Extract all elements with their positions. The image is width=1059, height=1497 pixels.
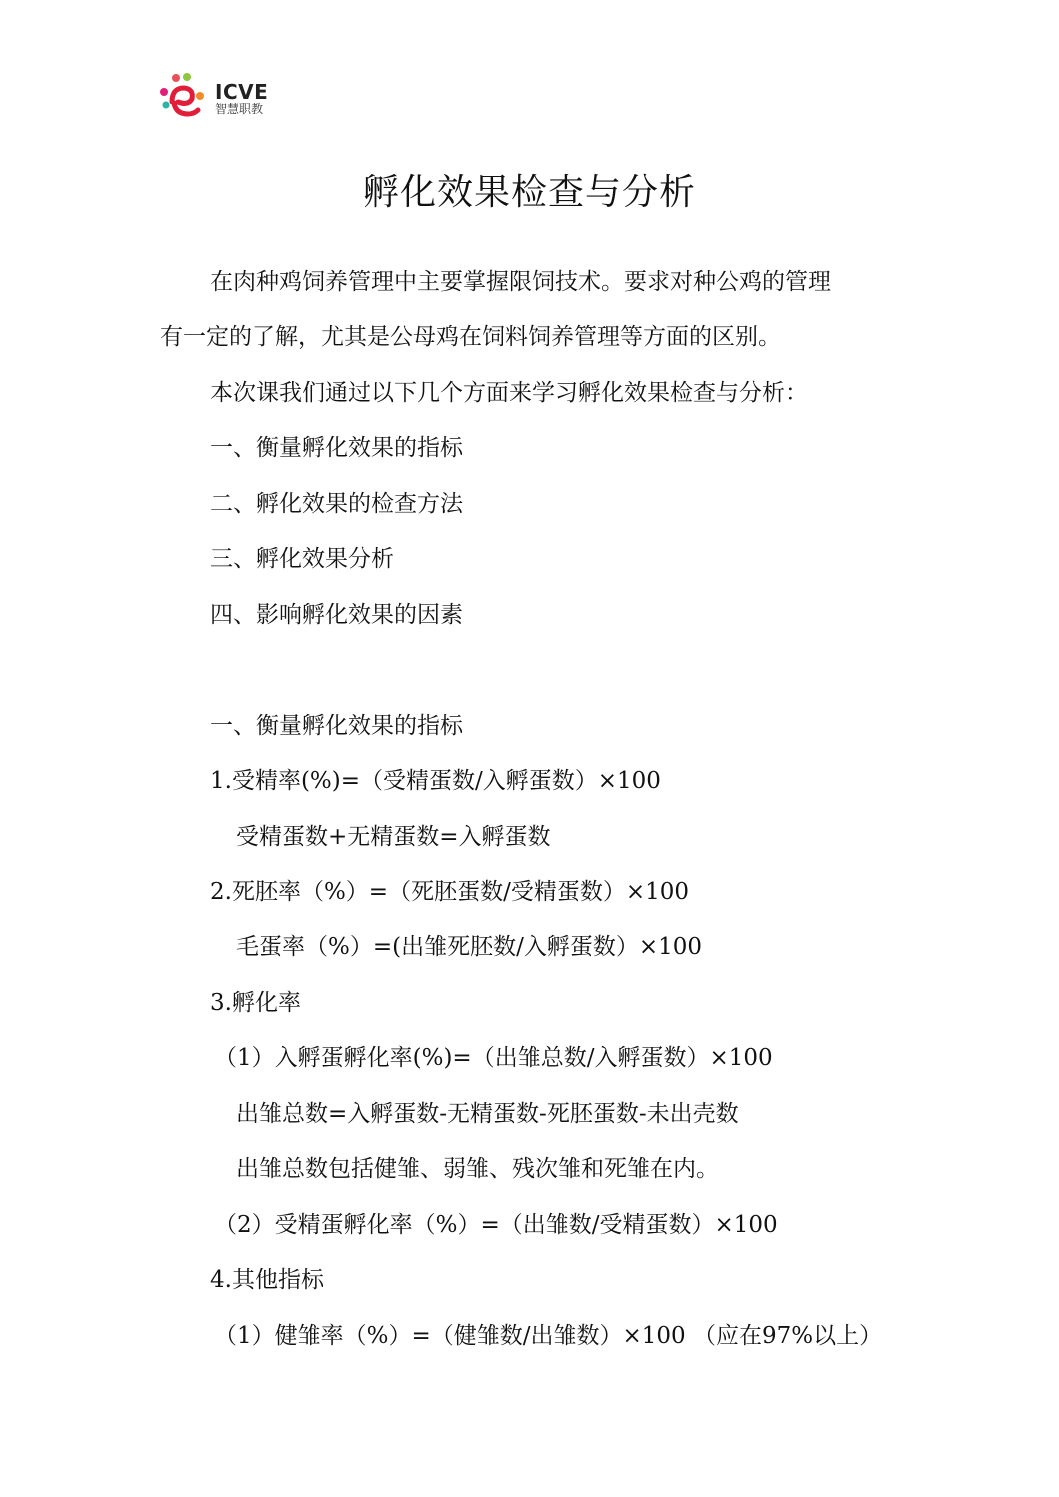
formula-line: （1）入孵蛋孵化率(%)=（出雏总数/入孵蛋数）×100 [214, 1043, 773, 1073]
outline-item: 一、衡量孵化效果的指标 [210, 433, 463, 463]
page-title: 孵化效果检查与分析 [0, 170, 1059, 216]
logo-brand: ICVE [215, 82, 268, 102]
formula-line: 出雏总数包括健雏、弱雏、残次雏和死雏在内。 [236, 1154, 719, 1184]
formula-line: 3.孵化率 [210, 988, 301, 1018]
formula-line: 1.受精率(%)=（受精蛋数/入孵蛋数）×100 [210, 766, 661, 796]
formula-line: 受精蛋数+无精蛋数=入孵蛋数 [236, 822, 551, 852]
outline-item: 二、孵化效果的检查方法 [210, 489, 463, 519]
intro-line: 有一定的了解，尤其是公母鸡在饲料饲养管理等方面的区别。 [160, 322, 781, 352]
formula-line: （2）受精蛋孵化率（%）=（出雏数/受精蛋数）×100 [214, 1210, 778, 1240]
logo-subtitle: 智慧职教 [215, 102, 268, 116]
section-heading: 一、衡量孵化效果的指标 [210, 711, 463, 741]
intro-line: 在肉种鸡饲养管理中主要掌握限饲技术。要求对种公鸡的管理 [210, 267, 831, 297]
icve-logo-icon [158, 72, 214, 122]
formula-line: 4.其他指标 [210, 1265, 324, 1295]
outline-item: 四、影响孵化效果的因素 [210, 600, 463, 630]
formula-line: 2.死胚率（%）=（死胚蛋数/受精蛋数）×100 [210, 877, 689, 907]
icve-logo: ICVE 智慧职教 [158, 72, 278, 122]
outline-item: 三、孵化效果分析 [210, 544, 394, 574]
formula-line: 出雏总数=入孵蛋数-无精蛋数-死胚蛋数-未出壳数 [236, 1099, 739, 1129]
formula-line: 毛蛋率（%）=(出雏死胚数/入孵蛋数）×100 [236, 932, 702, 962]
intro-line: 本次课我们通过以下几个方面来学习孵化效果检查与分析： [210, 378, 808, 408]
formula-line: （1）健雏率（%）=（健雏数/出雏数）×100 （应在97%以上） [214, 1321, 882, 1351]
